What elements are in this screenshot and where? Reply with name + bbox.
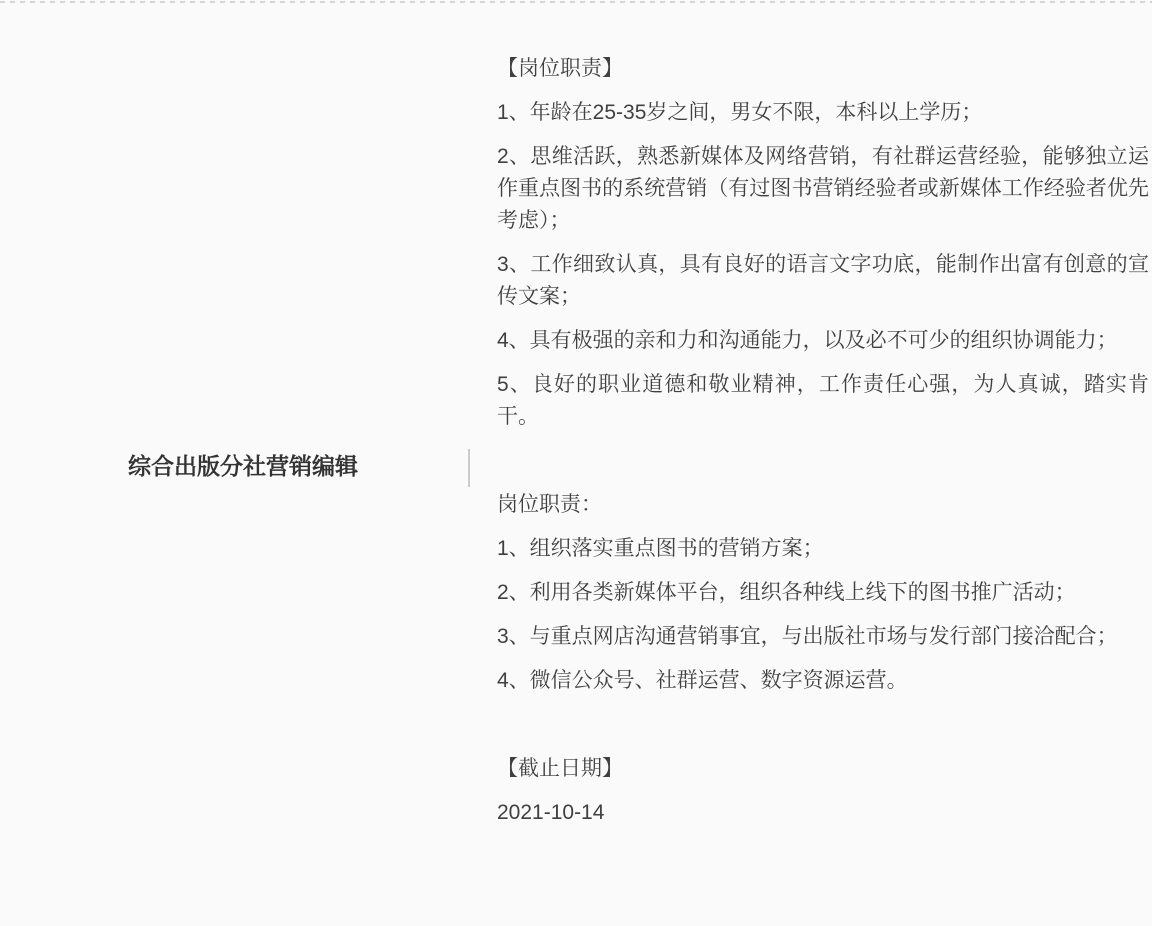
section-duties-heading: 岗位职责： <box>497 489 1149 521</box>
vertical-divider <box>468 449 470 487</box>
duty-item: 3、与重点网店沟通营销事宜，与出版社市场与发行部门接洽配合； <box>497 621 1149 653</box>
requirement-item: 2、思维活跃，熟悉新媒体及网络营销，有社群运营经验，能够独立运作重点图书的系统营… <box>497 141 1149 237</box>
requirement-item: 5、良好的职业道德和敬业精神，工作责任心强，为人真诚，踏实肯干。 <box>497 369 1149 433</box>
section-deadline: 【截止日期】 2021-10-14 <box>497 709 1149 829</box>
requirement-item: 4、具有极强的亲和力和沟通能力，以及必不可少的组织协调能力； <box>497 325 1149 357</box>
top-dashed-divider <box>0 1 1152 3</box>
deadline-date: 2021-10-14 <box>497 797 1149 829</box>
duty-item: 1、组织落实重点图书的营销方案； <box>497 533 1149 565</box>
job-detail: 【岗位职责】 1、年龄在25-35岁之间，男女不限，本科以上学历； 2、思维活跃… <box>497 41 1149 841</box>
duty-item: 4、微信公众号、社群运营、数字资源运营。 <box>497 665 1149 697</box>
requirement-item: 3、工作细致认真，具有良好的语言文字功底，能制作出富有创意的宣传文案； <box>497 249 1149 313</box>
job-title[interactable]: 综合出版分社营销编辑 <box>128 453 358 479</box>
section-deadline-heading: 【截止日期】 <box>497 753 1149 785</box>
section-requirements: 【岗位职责】 1、年龄在25-35岁之间，男女不限，本科以上学历； 2、思维活跃… <box>497 53 1149 433</box>
section-duties: 岗位职责： 1、组织落实重点图书的营销方案； 2、利用各类新媒体平台，组织各种线… <box>497 445 1149 697</box>
section-requirements-heading: 【岗位职责】 <box>497 53 1149 85</box>
duty-item: 2、利用各类新媒体平台，组织各种线上线下的图书推广活动； <box>497 577 1149 609</box>
job-listing-panel: 综合出版分社营销编辑 【岗位职责】 1、年龄在25-35岁之间，男女不限，本科以… <box>0 0 1152 926</box>
requirement-item: 1、年龄在25-35岁之间，男女不限，本科以上学历； <box>497 97 1149 129</box>
